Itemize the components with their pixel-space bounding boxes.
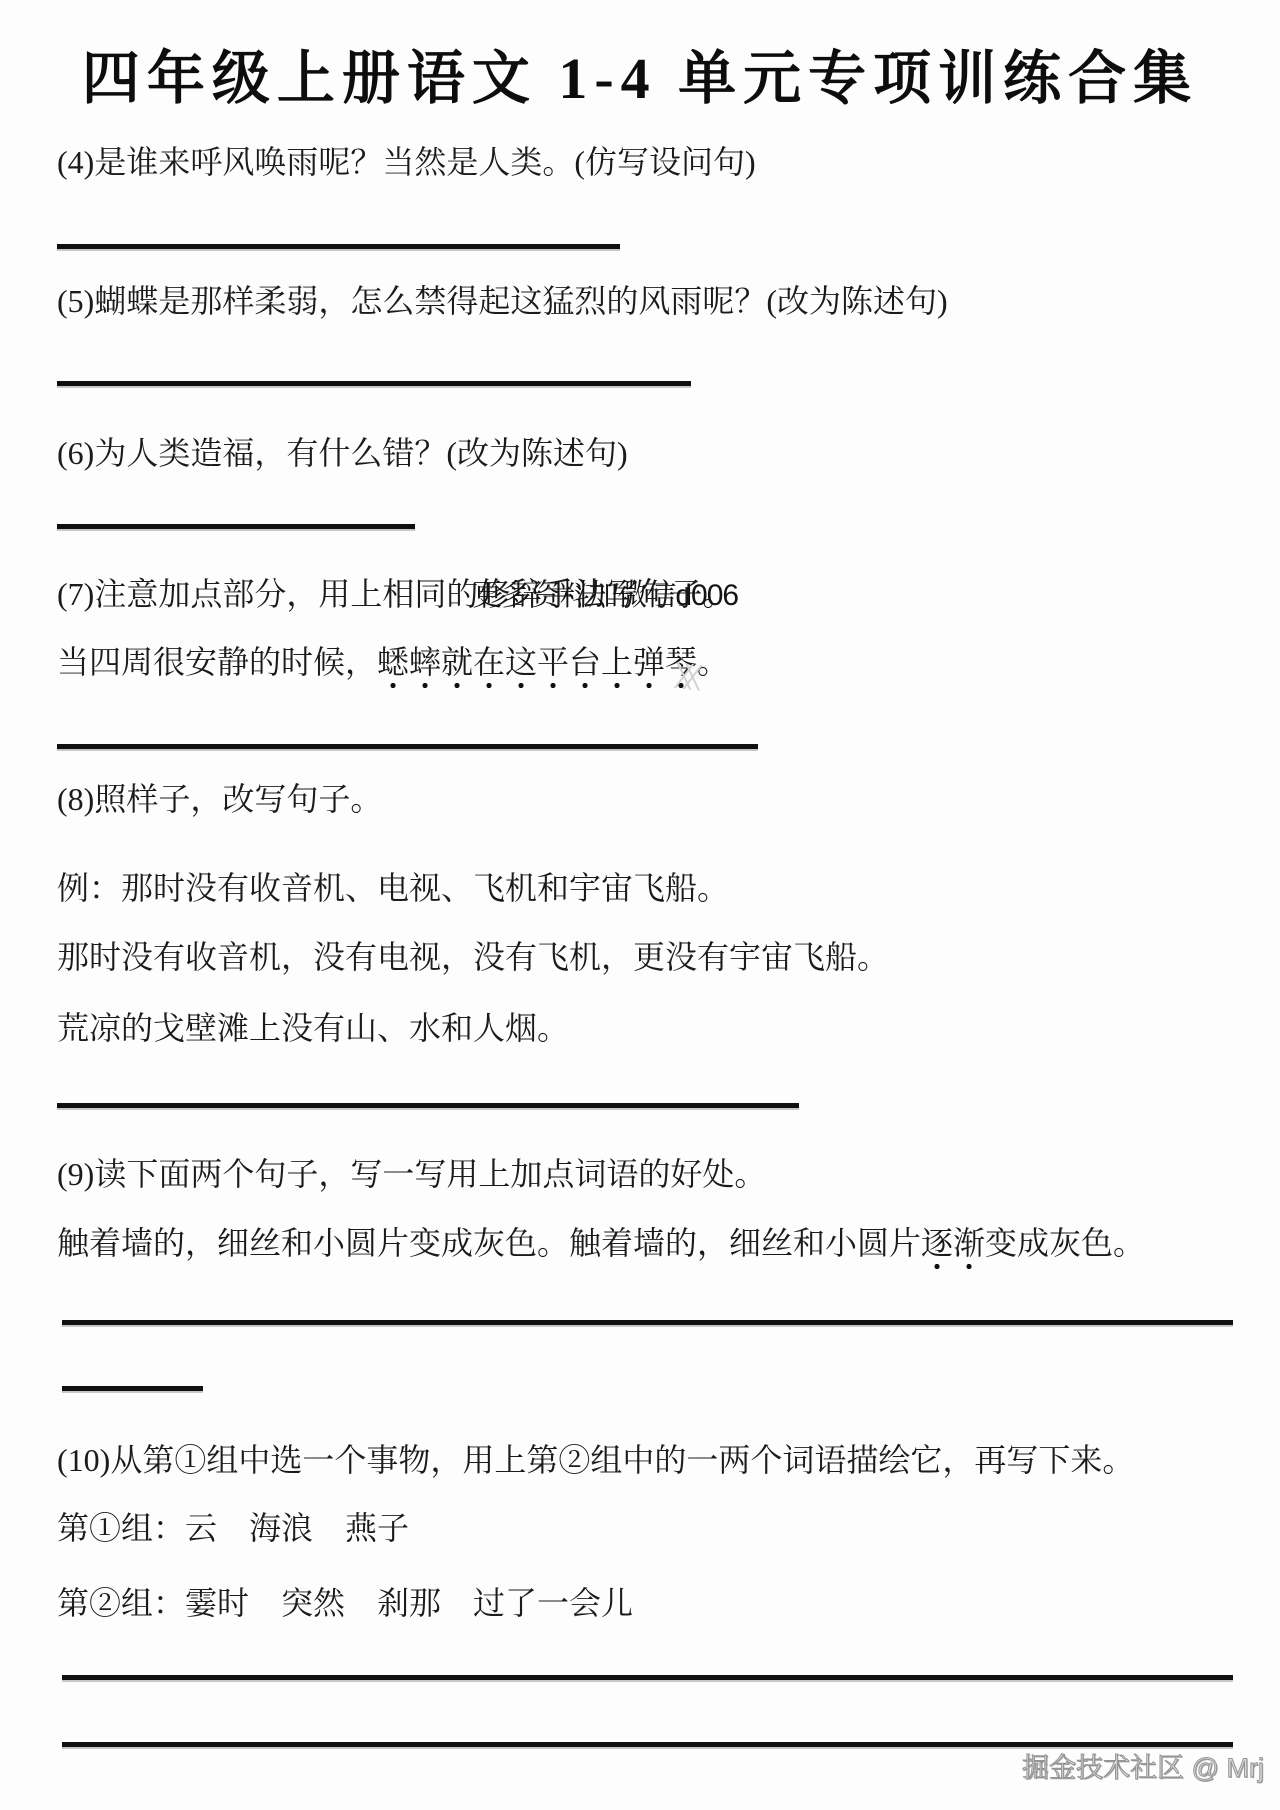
sentence-end: 变成灰色。 (985, 1225, 1145, 1261)
answer-line-6 (62, 1320, 1233, 1325)
answer-line-1 (57, 244, 620, 249)
juejin-community-watermark: 掘金技术社区 @ Mrj (1022, 1746, 1264, 1785)
wechat-watermark-text: 更多资料加微信d006 (472, 575, 738, 617)
example-prefix: 当四周很安静的时候， (57, 644, 377, 680)
sentence-start: 触着墙的，细丝和小圆片变成灰色。触着墙的，细丝和小圆片 (57, 1225, 921, 1261)
question-9: (9)读下面两个句子，写一写用上加点词语的好处。 (57, 1153, 766, 1195)
question-8-exercise: 荒凉的戈壁滩上没有山、水和人烟。 (57, 1007, 569, 1049)
question-9-sentences: 触着墙的，细丝和小圆片变成灰色。触着墙的，细丝和小圆片逐渐变成灰色。 (57, 1222, 1145, 1264)
answer-line-4 (57, 744, 758, 749)
question-8-example: 例：那时没有收音机、电视、飞机和宇宙飞船。 (57, 867, 729, 909)
question-10-group2: 第②组：霎时 突然 刹那 过了一会儿 (57, 1582, 633, 1624)
question-7-example-sentence: 当四周很安静的时候，蟋蟀就在这平台上弹琴。 (57, 641, 729, 683)
question-8-rewritten: 那时没有收音机，没有电视，没有飞机，更没有宇宙飞船。 (57, 936, 889, 978)
question-5: (5)蝴蝶是那样柔弱，怎么禁得起这猛烈的风雨呢？(改为陈述句) (57, 280, 948, 322)
question-6: (6)为人类造福，有什么错？(改为陈述句) (57, 432, 628, 474)
question-8: (8)照样子，改写句子。 (57, 778, 382, 820)
answer-line-5 (57, 1103, 799, 1108)
page-title: 四年级上册语文 1-4 单元专项训练合集 (0, 48, 1280, 110)
question-7-prefix: (7)注意加点部分，用上相同 (57, 576, 446, 612)
answer-line-2 (57, 381, 691, 386)
watermark-smudge: ╳╳ (675, 663, 695, 690)
question-10-group1: 第①组：云 海浪 燕子 (57, 1507, 409, 1549)
sentence-dotted-text: 逐渐 (921, 1225, 985, 1270)
question-10: (10)从第①组中选一个事物，用上第②组中的一两个词语描绘它，再写下来。 (57, 1439, 1134, 1481)
question-7: (7)注意加点部分，用上相同的修辞手法写句子更多资料加微信d006。 (57, 573, 734, 615)
worksheet-page: 四年级上册语文 1-4 单元专项训练合集 (4)是谁来呼风唤雨呢？当然是人类。(… (0, 0, 1280, 1810)
question-7-overlap-region: 的修辞手法写句子更多资料加微信d006 (446, 573, 702, 615)
question-4: (4)是谁来呼风唤雨呢？当然是人类。(仿写设问句) (57, 141, 756, 183)
example-suffix: 。 (697, 644, 729, 680)
answer-line-3 (57, 524, 415, 529)
example-dotted-text: 蟋蟀就在这平台上弹琴 (377, 644, 697, 689)
answer-line-7-short (62, 1386, 203, 1391)
answer-line-8 (62, 1675, 1233, 1680)
